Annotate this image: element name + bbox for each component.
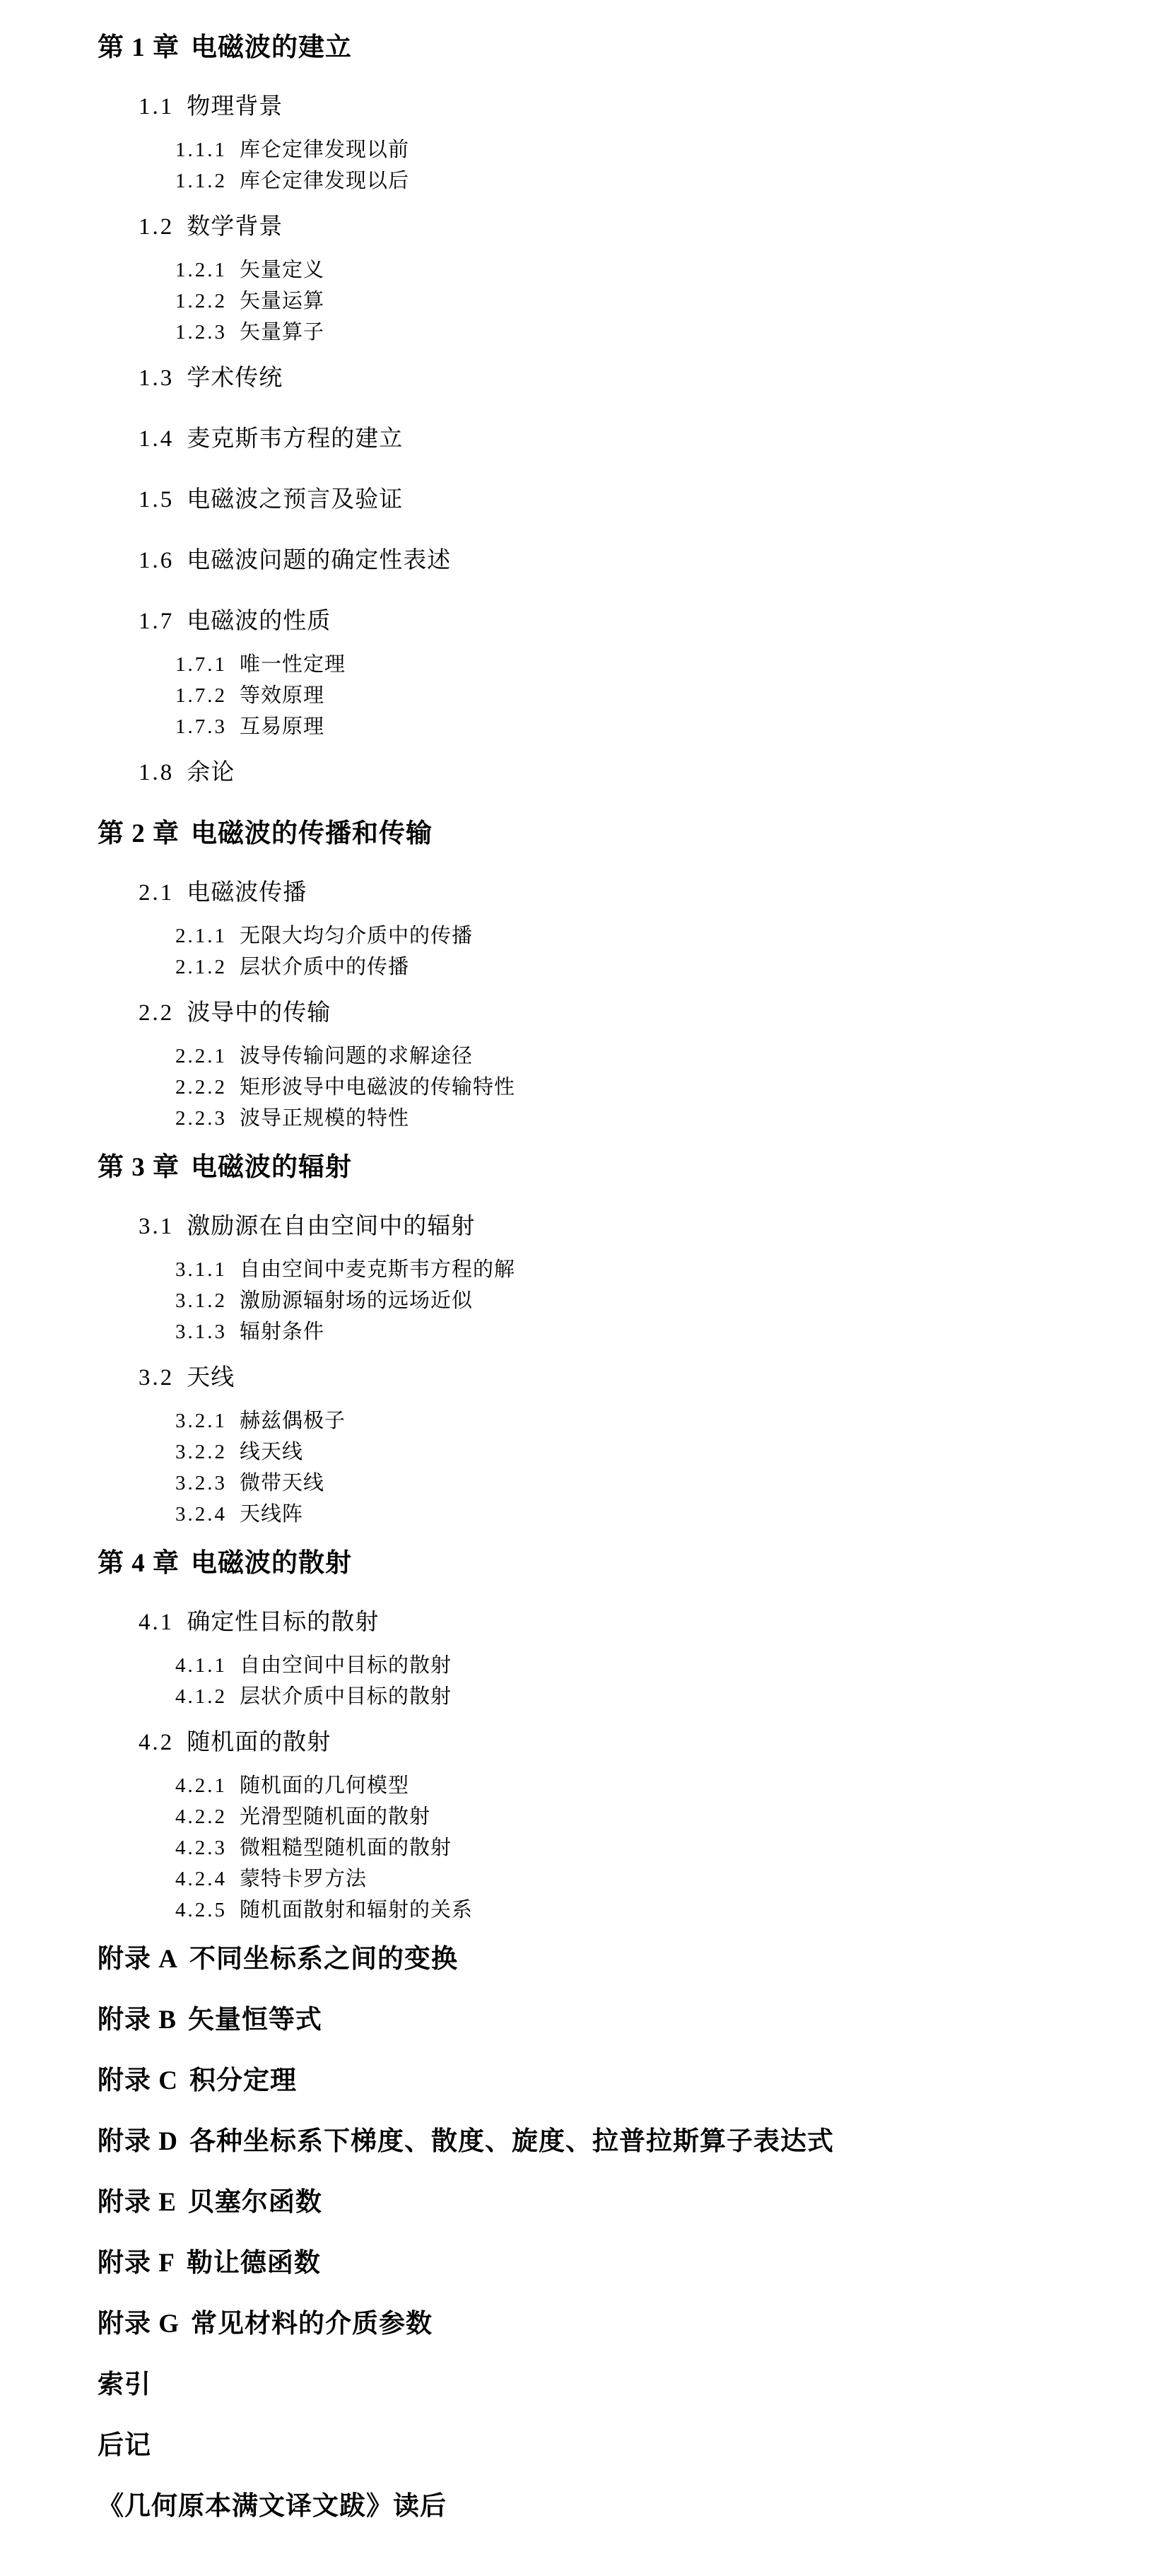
table-of-contents: 第 1 章电磁波的建立 1.1物理背景 1.1.1库仑定律发现以前 1.1.2库… <box>0 33 1169 2522</box>
toc-entry-附录 E: 附录 E贝塞尔函数 <box>0 2187 1169 2218</box>
toc-entry-number: 1.7.2 <box>175 684 227 707</box>
toc-entry-label: 电磁波的建立 <box>191 33 352 62</box>
toc-entry-3.2.4: 3.2.4天线阵 <box>0 1500 1169 1528</box>
toc-entry-label: 微粗糙型随机面的散射 <box>240 1837 452 1859</box>
toc-entry-label: 蒙特卡罗方法 <box>240 1868 367 1890</box>
toc-entry-第 1 章: 第 1 章电磁波的建立 <box>0 33 1169 64</box>
toc-entry-number: 4.1.1 <box>175 1654 227 1677</box>
toc-entry-number: 4.2.1 <box>175 1774 227 1797</box>
toc-entry-number: 1.3 <box>139 365 174 391</box>
toc-entry-label: 辐射条件 <box>240 1321 324 1343</box>
toc-entry-附录 D: 附录 D各种坐标系下梯度、散度、旋度、拉普拉斯算子表达式 <box>0 2126 1169 2158</box>
toc-entry-number: 1.2.3 <box>175 321 227 344</box>
toc-entry-number: 1.1 <box>139 94 174 119</box>
toc-entry-附录 B: 附录 B矢量恒等式 <box>0 2005 1169 2036</box>
toc-entry-3.1.2: 3.1.2激励源辐射场的远场近似 <box>0 1287 1169 1315</box>
toc-entry-4.1.1: 4.1.1自由空间中目标的散射 <box>0 1651 1169 1680</box>
toc-entry-label: 波导正规模的特性 <box>240 1107 409 1130</box>
toc-entry-附录 G: 附录 G常见材料的介质参数 <box>0 2309 1169 2340</box>
toc-entry-label: 余论 <box>187 760 235 785</box>
toc-entry-label: 麦克斯韦方程的建立 <box>187 426 403 452</box>
toc-entry-number: 2.1.2 <box>175 956 227 978</box>
toc-entry-label: 层状介质中的传播 <box>240 956 409 978</box>
toc-entry-《几何原本满文译文跋》读后: 《几何原本满文译文跋》读后 <box>0 2491 1169 2522</box>
toc-entry-number: 1.8 <box>139 760 174 785</box>
toc-entry-label: 激励源辐射场的远场近似 <box>240 1289 473 1312</box>
toc-entry-1.1.1: 1.1.1库仑定律发现以前 <box>0 136 1169 164</box>
toc-entry-1.1: 1.1物理背景 <box>0 92 1169 122</box>
toc-entry-label: 等效原理 <box>240 684 324 707</box>
toc-entry-附录 C: 附录 C积分定理 <box>0 2066 1169 2097</box>
toc-entry-number: 4.2.5 <box>175 1899 227 1921</box>
toc-entry-附录 A: 附录 A不同坐标系之间的变换 <box>0 1944 1169 1975</box>
toc-entry-number: 1.7.1 <box>175 653 227 676</box>
toc-entry-number: 1.6 <box>139 548 174 573</box>
toc-entry-number: 1.1.2 <box>175 170 227 192</box>
toc-entry-第 2 章: 第 2 章电磁波的传播和传输 <box>0 819 1169 850</box>
toc-entry-number: 1.2.1 <box>175 259 227 281</box>
toc-entry-number: 3.2 <box>139 1365 174 1391</box>
toc-entry-label: 电磁波的散射 <box>191 1549 352 1578</box>
toc-entry-2.1.2: 2.1.2层状介质中的传播 <box>0 953 1169 981</box>
toc-entry-number: 3.2.4 <box>175 1503 227 1526</box>
toc-entry-label: 矢量定义 <box>240 259 324 281</box>
toc-entry-number: 1.2 <box>139 214 174 240</box>
toc-entry-label: 矢量算子 <box>240 321 324 344</box>
toc-entry-2.1: 2.1电磁波传播 <box>0 878 1169 908</box>
toc-entry-label: 电磁波的性质 <box>187 609 331 634</box>
toc-entry-label: 索引 <box>98 2370 151 2399</box>
toc-entry-label: 数学背景 <box>187 214 283 240</box>
toc-entry-number: 4.1.2 <box>175 1685 227 1708</box>
toc-entry-number: 3.2.3 <box>175 1472 227 1494</box>
toc-entry-number: 3.1.2 <box>175 1289 227 1312</box>
toc-entry-3.1.1: 3.1.1自由空间中麦克斯韦方程的解 <box>0 1255 1169 1284</box>
toc-entry-2.2.3: 2.2.3波导正规模的特性 <box>0 1104 1169 1132</box>
toc-entry-label: 线天线 <box>240 1441 303 1463</box>
toc-entry-number: 4.2.4 <box>175 1868 227 1890</box>
toc-entry-number: 附录 C <box>98 2066 178 2095</box>
toc-entry-label: 波导传输问题的求解途径 <box>240 1045 473 1067</box>
toc-entry-label: 天线 <box>187 1365 235 1391</box>
toc-entry-label: 物理背景 <box>187 94 283 119</box>
toc-entry-number: 4.1 <box>139 1610 174 1635</box>
toc-entry-label: 自由空间中目标的散射 <box>240 1654 452 1677</box>
toc-entry-第 4 章: 第 4 章电磁波的散射 <box>0 1548 1169 1579</box>
toc-entry-1.7: 1.7电磁波的性质 <box>0 607 1169 636</box>
toc-entry-附录 F: 附录 F勒让德函数 <box>0 2248 1169 2279</box>
toc-entry-1.7.1: 1.7.1唯一性定理 <box>0 650 1169 679</box>
toc-entry-number: 3.1 <box>139 1214 174 1239</box>
toc-entry-number: 1.7.3 <box>175 715 227 738</box>
toc-entry-label: 矢量运算 <box>240 290 324 312</box>
toc-entry-4.2.1: 4.2.1随机面的几何模型 <box>0 1772 1169 1800</box>
toc-entry-1.6: 1.6电磁波问题的确定性表述 <box>0 546 1169 575</box>
toc-page: 第 1 章电磁波的建立 1.1物理背景 1.1.1库仑定律发现以前 1.1.2库… <box>0 0 1169 2576</box>
toc-entry-1.7.2: 1.7.2等效原理 <box>0 681 1169 710</box>
toc-entry-3.2.3: 3.2.3微带天线 <box>0 1469 1169 1497</box>
toc-entry-label: 随机面散射和辐射的关系 <box>240 1899 473 1921</box>
toc-entry-3.1.3: 3.1.3辐射条件 <box>0 1318 1169 1346</box>
toc-entry-3.2.1: 3.2.1赫兹偶极子 <box>0 1407 1169 1435</box>
toc-entry-number: 2.1 <box>139 880 174 906</box>
toc-entry-number: 3.1.3 <box>175 1321 227 1343</box>
toc-entry-1.8: 1.8余论 <box>0 758 1169 788</box>
toc-entry-1.1.2: 1.1.2库仑定律发现以后 <box>0 167 1169 195</box>
toc-entry-number: 第 3 章 <box>98 1153 180 1182</box>
toc-entry-2.2.2: 2.2.2矩形波导中电磁波的传输特性 <box>0 1073 1169 1101</box>
toc-entry-label: 唯一性定理 <box>240 653 346 676</box>
toc-entry-number: 附录 A <box>98 1945 178 1974</box>
toc-entry-number: 附录 D <box>98 2127 178 2156</box>
toc-entry-number: 1.4 <box>139 426 174 452</box>
toc-entry-4.1: 4.1确定性目标的散射 <box>0 1608 1169 1637</box>
toc-entry-label: 矢量恒等式 <box>188 2006 322 2035</box>
toc-entry-label: 赫兹偶极子 <box>240 1410 346 1432</box>
toc-entry-4.2: 4.2随机面的散射 <box>0 1728 1169 1757</box>
toc-entry-label: 电磁波的传播和传输 <box>191 819 433 848</box>
toc-entry-label: 电磁波的辐射 <box>191 1153 352 1182</box>
toc-entry-label: 各种坐标系下梯度、散度、旋度、拉普拉斯算子表达式 <box>189 2127 834 2156</box>
toc-entry-label: 电磁波传播 <box>187 880 307 906</box>
toc-entry-number: 4.2 <box>139 1730 174 1755</box>
toc-entry-1.4: 1.4麦克斯韦方程的建立 <box>0 424 1169 454</box>
toc-entry-label: 不同坐标系之间的变换 <box>189 1945 458 1974</box>
toc-entry-label: 电磁波之预言及验证 <box>187 487 403 513</box>
toc-entry-2.1.1: 2.1.1无限大均匀介质中的传播 <box>0 922 1169 950</box>
toc-entry-label: 互易原理 <box>240 715 324 738</box>
toc-entry-4.1.2: 4.1.2层状介质中目标的散射 <box>0 1682 1169 1711</box>
toc-entry-2.2: 2.2波导中的传输 <box>0 998 1169 1028</box>
toc-entry-number: 3.2.1 <box>175 1410 227 1432</box>
toc-entry-label: 随机面的散射 <box>187 1730 331 1755</box>
toc-entry-number: 第 4 章 <box>98 1549 180 1578</box>
toc-entry-number: 1.5 <box>139 487 174 513</box>
toc-entry-2.2.1: 2.2.1波导传输问题的求解途径 <box>0 1042 1169 1070</box>
toc-entry-label: 常见材料的介质参数 <box>191 2309 433 2338</box>
toc-entry-4.2.4: 4.2.4蒙特卡罗方法 <box>0 1865 1169 1893</box>
toc-entry-4.2.3: 4.2.3微粗糙型随机面的散射 <box>0 1834 1169 1862</box>
toc-entry-number: 2.2.1 <box>175 1045 227 1067</box>
toc-entry-1.2.1: 1.2.1矢量定义 <box>0 256 1169 284</box>
toc-entry-label: 矩形波导中电磁波的传输特性 <box>240 1076 515 1099</box>
toc-entry-1.2: 1.2数学背景 <box>0 212 1169 242</box>
toc-entry-label: 波导中的传输 <box>187 1000 331 1026</box>
toc-entry-label: 学术传统 <box>187 365 283 391</box>
toc-entry-label: 光滑型随机面的散射 <box>240 1805 430 1828</box>
toc-entry-number: 2.2.2 <box>175 1076 227 1099</box>
toc-entry-label: 确定性目标的散射 <box>187 1610 379 1635</box>
toc-entry-1.3: 1.3学术传统 <box>0 363 1169 393</box>
toc-entry-label: 库仑定律发现以前 <box>240 139 409 161</box>
toc-entry-label: 积分定理 <box>189 2066 297 2095</box>
toc-entry-索引: 索引 <box>0 2370 1169 2401</box>
toc-entry-number: 4.2.3 <box>175 1837 227 1859</box>
toc-entry-4.2.2: 4.2.2光滑型随机面的散射 <box>0 1803 1169 1831</box>
toc-entry-3.2: 3.2天线 <box>0 1363 1169 1393</box>
toc-entry-label: 无限大均匀介质中的传播 <box>240 925 473 947</box>
toc-entry-number: 第 2 章 <box>98 819 180 848</box>
toc-entry-label: 电磁波问题的确定性表述 <box>187 548 451 573</box>
toc-entry-number: 第 1 章 <box>98 33 180 62</box>
toc-entry-1.5: 1.5电磁波之预言及验证 <box>0 485 1169 515</box>
toc-entry-label: 库仑定律发现以后 <box>240 170 409 192</box>
toc-entry-number: 附录 B <box>98 2006 177 2035</box>
toc-entry-label: 贝塞尔函数 <box>188 2188 322 2217</box>
toc-entry-number: 3.2.2 <box>175 1441 227 1463</box>
toc-entry-number: 1.1.1 <box>175 139 227 161</box>
toc-entry-label: 勒让德函数 <box>187 2249 321 2278</box>
toc-entry-number: 附录 E <box>98 2188 177 2217</box>
toc-entry-1.2.3: 1.2.3矢量算子 <box>0 318 1169 346</box>
toc-entry-number: 4.2.2 <box>175 1805 227 1828</box>
toc-entry-后记: 后记 <box>0 2430 1169 2461</box>
toc-entry-number: 2.1.1 <box>175 925 227 947</box>
toc-entry-label: 天线阵 <box>240 1503 303 1526</box>
toc-entry-label: 微带天线 <box>240 1472 324 1494</box>
toc-entry-label: 层状介质中目标的散射 <box>240 1685 452 1708</box>
toc-entry-number: 附录 G <box>98 2309 180 2338</box>
toc-entry-number: 1.2.2 <box>175 290 227 312</box>
toc-entry-number: 3.1.1 <box>175 1258 227 1281</box>
toc-entry-第 3 章: 第 3 章电磁波的辐射 <box>0 1152 1169 1183</box>
toc-entry-label: 《几何原本满文译文跋》读后 <box>98 2492 447 2521</box>
toc-entry-1.2.2: 1.2.2矢量运算 <box>0 287 1169 315</box>
toc-entry-label: 自由空间中麦克斯韦方程的解 <box>240 1258 515 1281</box>
toc-entry-number: 1.7 <box>139 609 174 634</box>
toc-entry-3.1: 3.1激励源在自由空间中的辐射 <box>0 1212 1169 1241</box>
toc-entry-label: 后记 <box>98 2431 151 2460</box>
toc-entry-1.7.3: 1.7.3互易原理 <box>0 713 1169 741</box>
toc-entry-number: 附录 F <box>98 2249 175 2278</box>
toc-entry-number: 2.2.3 <box>175 1107 227 1130</box>
toc-entry-4.2.5: 4.2.5随机面散射和辐射的关系 <box>0 1896 1169 1924</box>
toc-entry-label: 激励源在自由空间中的辐射 <box>187 1214 475 1239</box>
toc-entry-label: 随机面的几何模型 <box>240 1774 409 1797</box>
toc-entry-3.2.2: 3.2.2线天线 <box>0 1438 1169 1466</box>
toc-entry-number: 2.2 <box>139 1000 174 1026</box>
